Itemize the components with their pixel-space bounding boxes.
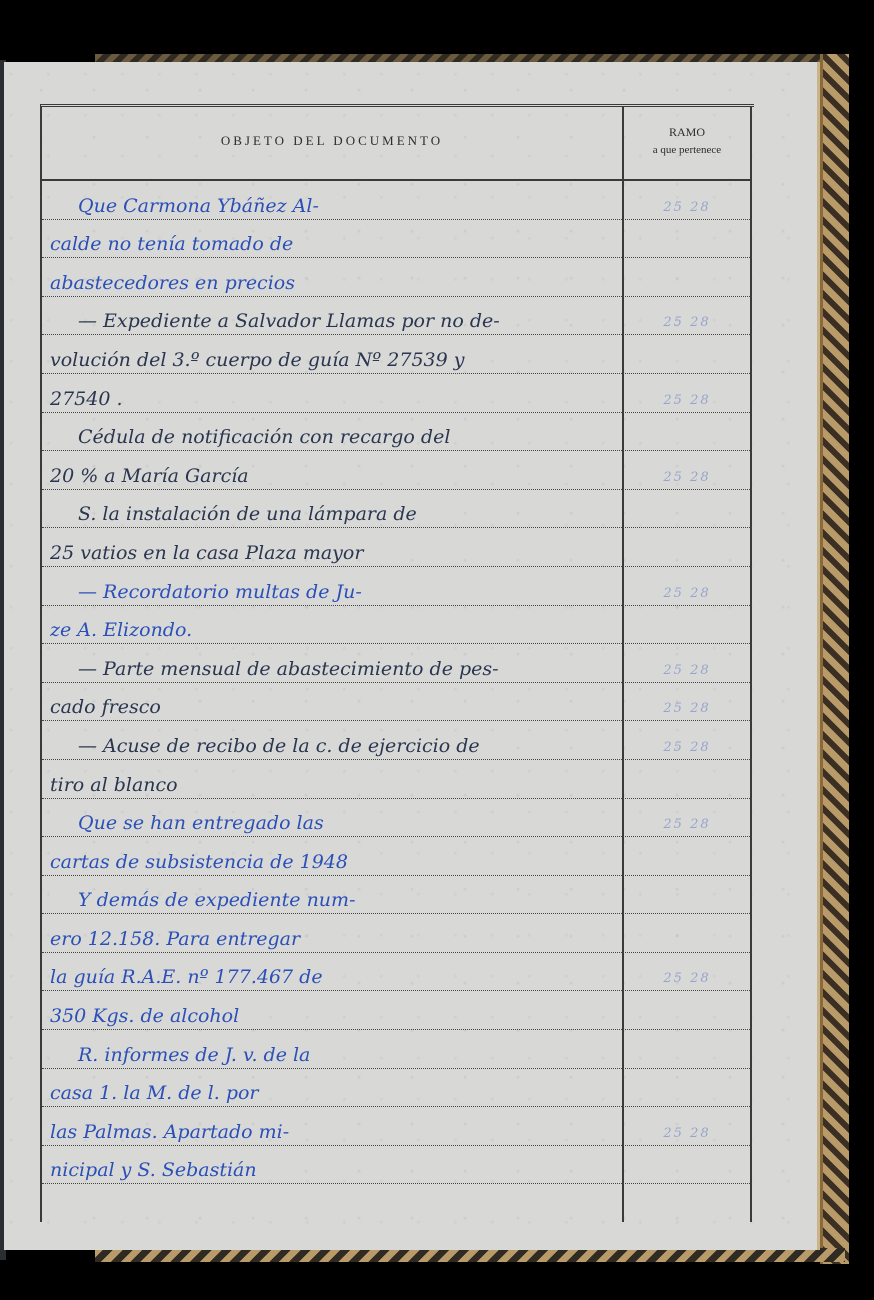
table-row: ze A. Elizondo.: [42, 606, 752, 645]
ramo-faded-mark: 25 28: [628, 586, 746, 601]
ramo-faded-mark: 25 28: [628, 740, 746, 755]
table-row: cado fresco25 28: [42, 683, 752, 722]
table-row: Que Carmona Ybáñez Al-25 28: [42, 181, 752, 220]
table-row: la guía R.A.E. nº 177.467 de25 28: [42, 953, 752, 992]
handwritten-entry: — Parte mensual de abastecimiento de pes…: [50, 658, 644, 680]
handwritten-entry: cartas de subsistencia de 1948: [50, 851, 616, 873]
ramo-faded-mark: 25 28: [628, 393, 746, 408]
header-objeto-del-documento: OBJETO DEL DOCUMENTO: [42, 133, 622, 149]
ramo-faded-mark: 25 28: [628, 817, 746, 832]
handwritten-entry: 27540 .: [50, 388, 616, 410]
ramo-faded-mark: 25 28: [628, 1126, 746, 1141]
table-row: volución del 3.º cuerpo de guía Nº 27539…: [42, 335, 752, 374]
table-row: R. informes de J. v. de la: [42, 1030, 752, 1069]
table-row: tiro al blanco: [42, 760, 752, 799]
ledger-page: OBJETO DEL DOCUMENTO RAMO a que pertenec…: [4, 62, 820, 1250]
handwritten-entry: casa 1. la M. de l. por: [50, 1082, 616, 1104]
ramo-faded-mark: 25 28: [628, 470, 746, 485]
handwritten-entry: 20 % a María García: [50, 465, 616, 487]
table-row: 25 vatios en la casa Plaza mayor: [42, 528, 752, 567]
table-row: las Palmas. Apartado mi-25 28: [42, 1107, 752, 1146]
ramo-faded-mark: 25 28: [628, 200, 746, 215]
handwritten-entry: tiro al blanco: [50, 774, 616, 796]
table-row: ero 12.158. Para entregar: [42, 914, 752, 953]
table-row: Que se han entregado las25 28: [42, 799, 752, 838]
handwritten-entry: la guía R.A.E. nº 177.467 de: [50, 966, 616, 988]
table-row: — Acuse de recibo de la c. de ejercicio …: [42, 721, 752, 760]
handwritten-entry: Y demás de expediente num-: [50, 889, 644, 911]
table-row: 350 Kgs. de alcohol: [42, 991, 752, 1030]
header-ramo-title: RAMO: [624, 123, 750, 141]
table-row: 27540 .25 28: [42, 374, 752, 413]
binding-edge-right: [820, 54, 849, 1264]
handwritten-entry: ze A. Elizondo.: [50, 619, 616, 641]
table-row: S. la instalación de una lámpara de: [42, 490, 752, 529]
header-ramo: RAMO a que pertenece: [624, 123, 750, 159]
handwritten-entry: Cédula de notificación con recargo del: [50, 426, 644, 448]
handwritten-entry: nicipal y S. Sebastián: [50, 1159, 616, 1181]
table-row: calde no tenía tomado de: [42, 220, 752, 259]
header-ramo-subtitle: a que pertenece: [624, 141, 750, 159]
ramo-faded-mark: 25 28: [628, 701, 746, 716]
handwritten-entry: — Expediente a Salvador Llamas por no de…: [50, 310, 644, 332]
table-row: 20 % a María García25 28: [42, 451, 752, 490]
ramo-faded-mark: 25 28: [628, 663, 746, 678]
table-row: Y demás de expediente num-: [42, 876, 752, 915]
handwritten-entry: calde no tenía tomado de: [50, 233, 616, 255]
table-row: — Recordatorio multas de Ju-25 28: [42, 567, 752, 606]
table-row: — Parte mensual de abastecimiento de pes…: [42, 644, 752, 683]
handwritten-entry: 350 Kgs. de alcohol: [50, 1005, 616, 1027]
register-table: OBJETO DEL DOCUMENTO RAMO a que pertenec…: [40, 104, 754, 1222]
handwritten-entry: — Recordatorio multas de Ju-: [50, 581, 644, 603]
register-rows: Que Carmona Ybáñez Al-25 28calde no tení…: [42, 181, 752, 1184]
table-row: Cédula de notificación con recargo del: [42, 413, 752, 452]
binding-edge-bottom: [95, 1248, 845, 1262]
handwritten-entry: volución del 3.º cuerpo de guía Nº 27539…: [50, 349, 616, 371]
handwritten-entry: cado fresco: [50, 696, 616, 718]
ramo-faded-mark: 25 28: [628, 971, 746, 986]
handwritten-entry: Que Carmona Ybáñez Al-: [50, 195, 644, 217]
handwritten-entry: ero 12.158. Para entregar: [50, 928, 616, 950]
handwritten-entry: las Palmas. Apartado mi-: [50, 1121, 616, 1143]
ramo-faded-mark: 25 28: [628, 315, 746, 330]
table-row: cartas de subsistencia de 1948: [42, 837, 752, 876]
handwritten-entry: abastecedores en precios: [50, 272, 616, 294]
table-row: — Expediente a Salvador Llamas por no de…: [42, 297, 752, 336]
table-row: abastecedores en precios: [42, 258, 752, 297]
handwritten-entry: R. informes de J. v. de la: [50, 1044, 644, 1066]
handwritten-entry: S. la instalación de una lámpara de: [50, 503, 644, 525]
table-row: casa 1. la M. de l. por: [42, 1069, 752, 1108]
handwritten-entry: — Acuse de recibo de la c. de ejercicio …: [50, 735, 644, 757]
table-row: nicipal y S. Sebastián: [42, 1146, 752, 1185]
handwritten-entry: 25 vatios en la casa Plaza mayor: [50, 542, 616, 564]
handwritten-entry: Que se han entregado las: [50, 812, 644, 834]
